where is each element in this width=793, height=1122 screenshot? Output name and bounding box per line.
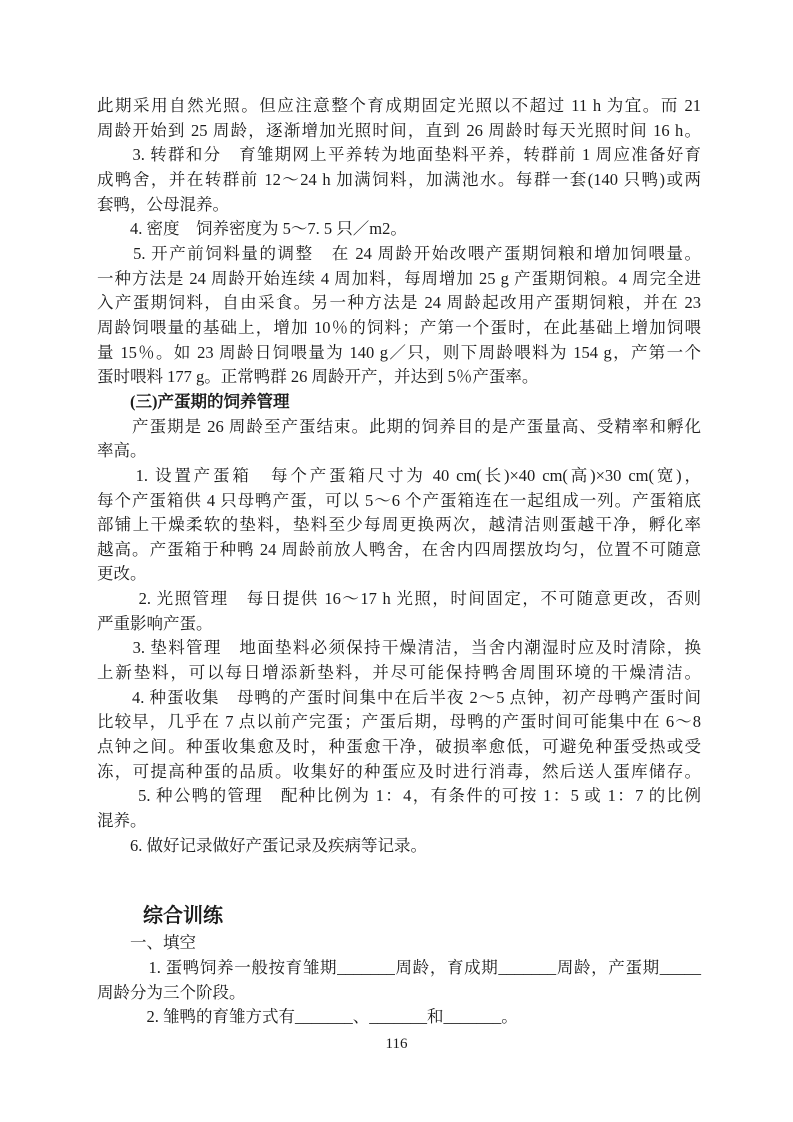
subsection-heading: (三)产蛋期的饲养管理	[97, 390, 701, 415]
text-line: 2. 光照管理 每日提供 16～17 h 光照，时间固定，不可随意更改，否则	[97, 587, 701, 612]
text-line: 3. 转群和分 育雏期网上平养转为地面垫料平养，转群前 1 周应准备好育	[97, 143, 701, 168]
text-line: 严重影响产蛋。	[97, 612, 701, 637]
text-line: 上新垫料，可以每日增添新垫料，并尽可能保持鸭舍周围环境的干燥清洁。	[97, 661, 701, 686]
text-line: 混养。	[97, 809, 701, 834]
text-line: 成鸭舍，并在转群前 12～24 h 加满饲料，加满池水。每群一套(140 只鸭)…	[97, 168, 701, 193]
section-heading: 综合训练	[97, 901, 701, 931]
text-line: 1. 蛋鸭饲养一般按育雏期_______周龄，育成期_______周龄，产蛋期_…	[97, 956, 701, 981]
text-line: 5. 种公鸭的管理 配种比例为 1：4，有条件的可按 1：5 或 1：7 的比例	[97, 784, 701, 809]
text-line: 蛋时喂料 177 g。正常鸭群 26 周龄开产，并达到 5％产蛋率。	[97, 365, 701, 390]
page-number: 116	[0, 1036, 793, 1053]
text-line: 率高。	[97, 439, 701, 464]
text-line: 周龄饲喂量的基础上，增加 10％的饲料；产第一个蛋时，在此基础上增加饲喂	[97, 316, 701, 341]
text-line: 一、填空	[97, 931, 701, 956]
document-body: 此期采用自然光照。但应注意整个育成期固定光照以不超过 11 h 为宜。而 21周…	[97, 94, 701, 1030]
text-line: 1. 设置产蛋箱 每个产蛋箱尺寸为 40 cm(长)×40 cm(高)×30 c…	[97, 464, 701, 489]
text-line: 4. 密度 饲养密度为 5～7. 5 只／m2。	[97, 217, 701, 242]
text-line: 3. 垫料管理 地面垫料必须保持干燥清洁，当舍内潮湿时应及时清除，换	[97, 636, 701, 661]
text-line: 量 15％。如 23 周龄日饲喂量为 140 g／只，则下周龄喂料为 154 g…	[97, 341, 701, 366]
text-line: 套鸭，公母混养。	[97, 193, 701, 218]
text-line: 6. 做好记录做好产蛋记录及疾病等记录。	[97, 834, 701, 859]
text-line: 点钟之间。种蛋收集愈及时，种蛋愈干净，破损率愈低，可避免种蛋受热或受	[97, 735, 701, 760]
text-line: 周龄开始到 25 周龄，逐渐增加光照时间，直到 26 周龄时每天光照时间 16 …	[97, 119, 701, 144]
text-line: 此期采用自然光照。但应注意整个育成期固定光照以不超过 11 h 为宜。而 21	[97, 94, 701, 119]
text-line: 周龄分为三个阶段。	[97, 981, 701, 1006]
text-line: 产蛋期是 26 周龄至产蛋结束。此期的饲养目的是产蛋量高、受精率和孵化	[97, 415, 701, 440]
text-line: 比较早，几乎在 7 点以前产完蛋；产蛋后期，母鸭的产蛋时间可能集中在 6～8	[97, 710, 701, 735]
text-line: 更改。	[97, 562, 701, 587]
text-line: 入产蛋期饲料，自由采食。另一种方法是 24 周龄起改用产蛋期饲粮，并在 23	[97, 291, 701, 316]
text-line: 冻，可提高种蛋的品质。收集好的种蛋应及时进行消毒，然后送人蛋库储存。	[97, 760, 701, 785]
text-line: 4. 种蛋收集 母鸭的产蛋时间集中在后半夜 2～5 点钟，初产母鸭产蛋时间	[97, 686, 701, 711]
text-line: 5. 开产前饲料量的调整 在 24 周龄开始改喂产蛋期饲粮和增加饲喂量。	[97, 242, 701, 267]
text-line: 一种方法是 24 周龄开始连续 4 周加料，每周增加 25 g 产蛋期饲粮。4 …	[97, 267, 701, 292]
text-line: 越高。产蛋箱于种鸭 24 周龄前放人鸭舍，在舍内四周摆放均匀，位置不可随意	[97, 538, 701, 563]
text-line: 2. 雏鸭的育雏方式有_______、_______和_______。	[97, 1005, 701, 1030]
text-line: 每个产蛋箱供 4 只母鸭产蛋，可以 5～6 个产蛋箱连在一起组成一列。产蛋箱底	[97, 489, 701, 514]
text-line: 部铺上干燥柔软的垫料，垫料至少每周更换两次，越清洁则蛋越干净，孵化率	[97, 513, 701, 538]
